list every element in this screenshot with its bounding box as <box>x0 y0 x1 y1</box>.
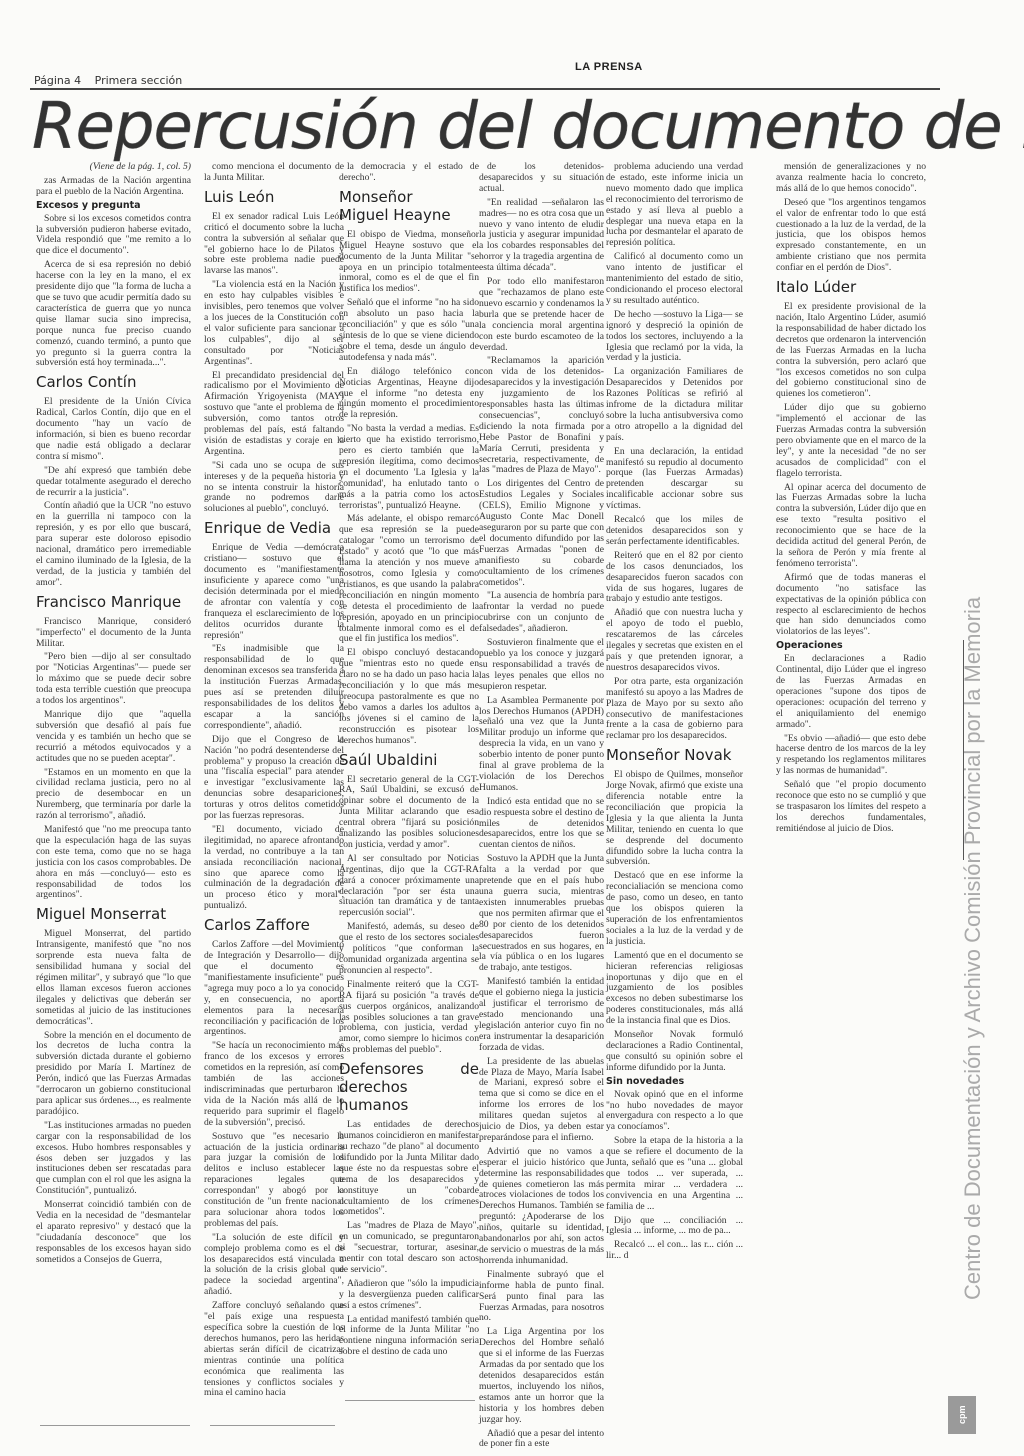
paragraph: "Las instituciones armadas no pueden car… <box>36 1121 191 1197</box>
column-end-rule <box>345 1400 475 1401</box>
paragraph: Manrique dijo que "aquella subversión qu… <box>36 710 191 765</box>
paragraph: Carlos Zaffore —del Movimiento de Integr… <box>204 940 344 1038</box>
paragraph: Miguel Monserrat, del partido Intransige… <box>36 929 191 1027</box>
paragraph: problema aduciendo una verdad de estado,… <box>606 162 743 249</box>
section-heading: Enrique de Vedia <box>204 519 344 537</box>
paragraph: Finalmente reiteró que la CGT-RA fijará … <box>339 980 479 1056</box>
paragraph: Indicó esta entidad que no se dio respue… <box>479 797 604 852</box>
section-heading: Francisco Manrique <box>36 593 191 611</box>
paragraph: Destacó que en ese informe la reconciali… <box>606 871 743 947</box>
paragraph: Recalcó que los miles de detenidos desap… <box>606 515 743 548</box>
paragraph: Sobre la mención en el documento de los … <box>36 1031 191 1118</box>
paragraph: Añadió que a pesar del intento de poner … <box>479 1429 604 1451</box>
paragraph: Contín añadió que la UCR "no estuvo en l… <box>36 501 191 588</box>
paragraph: Los dirigentes del Centro de Estudios Le… <box>479 479 604 588</box>
column-6: mensión de generalizaciones y no avanza … <box>776 162 926 838</box>
page-info: Página 4 Primera sección <box>34 74 192 87</box>
paragraph: Señaló que el informe "no ha sido en abs… <box>339 298 479 363</box>
column-4: de los detenidos-desaparecidos y su situ… <box>479 162 604 1453</box>
paragraph: Dijo que ... conciliación ... Iglesia ..… <box>606 1216 743 1238</box>
paragraph: Monserrat coincidió también con de Vedia… <box>36 1200 191 1265</box>
paragraph: "Si cada uno se ocupa de sus intereses y… <box>204 461 344 516</box>
paragraph: de los detenidos-desaparecidos y su situ… <box>479 162 604 195</box>
paragraph: La Asamblea Permanente por los Derechos … <box>479 696 604 794</box>
paragraph: El presidente de la Unión Cívica Radical… <box>36 397 191 462</box>
column-end-rule <box>40 1425 190 1426</box>
paragraph: Señaló que "el propio documento reconoce… <box>776 780 926 835</box>
paragraph: "Estamos en un momento en que la civilid… <box>36 768 191 823</box>
paragraph: Calificó al documento como un vano inten… <box>606 252 743 307</box>
section-name: Primera sección <box>95 74 183 87</box>
section-heading: Italo Lúder <box>776 278 926 296</box>
paragraph: Al ser consultado por Noticias Argentina… <box>339 854 479 919</box>
paragraph: Monseñor Novak formuló declaraciones a R… <box>606 1030 743 1074</box>
paragraph: Por todo ello manifestaron que "rechazam… <box>479 277 604 353</box>
archive-watermark: Centro de Documentación y Archivo Comisi… <box>960 597 986 1300</box>
section-heading: Carlos Zaffore <box>204 916 344 934</box>
paragraph: Sostuvieron finalmente que el pueblo ya … <box>479 638 604 693</box>
section-heading: Saúl Ubaldini <box>339 751 479 769</box>
paragraph: Deseó que "los argentinos tengamos el va… <box>776 198 926 274</box>
paragraph: Finalmente subrayó que el informe habla … <box>479 1270 604 1325</box>
paragraph: La organización Familiares de Desapareci… <box>606 367 743 443</box>
section-heading: Defensores de derechos humanos <box>339 1060 479 1114</box>
paragraph: "No basta la verdad a medias. Es cierto … <box>339 424 479 511</box>
paragraph: El precandidato presidencial del radical… <box>204 371 344 458</box>
paragraph: Sobre la etapa de la historia a la que s… <box>606 1136 743 1212</box>
paragraph: Al opinar acerca del documento de las Fu… <box>776 483 926 570</box>
paragraph: Manifestó, además, su deseo de que el re… <box>339 922 479 977</box>
subhead: Sin novedades <box>606 1077 743 1088</box>
paragraph: El obispo de Quilmes, monseñor Jorge Nov… <box>606 770 743 868</box>
page-header: Página 4 Primera sección LA PRENSA <box>30 66 940 90</box>
column-3: la democracia y el estado de derecho". M… <box>339 162 479 1361</box>
paragraph: la democracia y el estado de derecho". <box>339 162 479 184</box>
paragraph: En una declaración, la entidad manifestó… <box>606 447 743 512</box>
subhead: Operaciones <box>776 641 926 652</box>
paragraph: Sobre si los excesos cometidos contra la… <box>36 214 191 258</box>
paragraph: Enrique de Vedia —demócrata cristiano— s… <box>204 543 344 641</box>
paragraph: El ex senador radical Luis León criticó … <box>204 212 344 277</box>
paragraph: "El documento, viciado de ilegitimidad, … <box>204 825 344 912</box>
column-1: (Viene de la pág. 1, col. 5) zas Armadas… <box>36 162 191 1269</box>
paragraph: mensión de generalizaciones y no avanza … <box>776 162 926 195</box>
paragraph: En diálogo telefónico con Noticias Argen… <box>339 367 479 422</box>
column-2: como menciona el documento de la Junta M… <box>204 162 344 1402</box>
paragraph: La presidente de las abuelas de Plaza de… <box>479 1057 604 1144</box>
paragraph: "Es inadmisible que la responsabilidad d… <box>204 644 344 731</box>
paragraph: "La ausencia de hombría para afrontar la… <box>479 591 604 635</box>
paragraph: Lúder dijo que su gobierno "implementó e… <box>776 403 926 479</box>
paragraph: "Es obvio —añadió— que esto debe hacerse… <box>776 734 926 778</box>
paragraph: Más adelante, el obispo remarcó que esa … <box>339 514 479 645</box>
paragraph: De hecho —sostuvo la Liga— se ignoró y d… <box>606 310 743 365</box>
paragraph: Afirmó que de todas maneras el documento… <box>776 573 926 638</box>
paragraph: El secretario general de la CGT-RA, Saúl… <box>339 775 479 851</box>
paragraph: Acerca de si esa represión no debió hace… <box>36 260 191 369</box>
subhead: Excesos y pregunta <box>36 201 191 212</box>
paragraph: Manifestó también la entidad que el gobi… <box>479 977 604 1053</box>
paragraph: Lamentó que en el documento se hicieran … <box>606 951 743 1027</box>
cpm-logo-icon: cpm <box>948 1396 976 1434</box>
masthead: LA PRENSA <box>575 61 643 73</box>
paragraph: El obispo concluyó destacando que "mient… <box>339 648 479 746</box>
headline: Repercusión del documento de la Junta <box>32 92 942 162</box>
paragraph: Sostuvo que "es necesario la actuación d… <box>204 1132 344 1230</box>
paragraph: Advirtió que no vamos a esperar el juici… <box>479 1147 604 1267</box>
section-heading: Carlos Contín <box>36 373 191 391</box>
paragraph: "De ahí expresó que también debe quedar … <box>36 466 191 499</box>
paragraph: El ex presidente provisional de la nació… <box>776 302 926 400</box>
paragraph: "La violencia está en la Nación y en est… <box>204 280 344 367</box>
page-number: Página 4 <box>34 74 81 87</box>
paragraph: Sostuvo la APDH que la Junta falta a la … <box>479 854 604 974</box>
paragraph: Las "madres de Plaza de Mayo", en un com… <box>339 1221 479 1276</box>
paragraph: Novak opinó que en el informe "no hubo n… <box>606 1090 743 1134</box>
paragraph: Añadieron que "sólo la impudicia y la de… <box>339 1279 479 1312</box>
paragraph: La entidad manifestó también que el info… <box>339 1315 479 1359</box>
section-heading: Monseñor Novak <box>606 746 743 764</box>
section-heading: Luis León <box>204 188 344 206</box>
paragraph: como menciona el documento de la Junta M… <box>204 162 344 184</box>
paragraph: "La solución de este difícil y complejo … <box>204 1233 344 1298</box>
paragraph: "Pero bien —dijo al ser consultado por "… <box>36 652 191 707</box>
heading-line: Monseñor <box>339 188 413 206</box>
paragraph: El obispo de Viedma, monseñor Miguel Hea… <box>339 230 479 295</box>
paragraph: Manifestó que "no me preocupa tanto que … <box>36 825 191 901</box>
section-heading: MonseñorMiguel Heayne <box>339 188 479 224</box>
continuation-note: (Viene de la pág. 1, col. 5) <box>36 162 191 173</box>
paragraph: Dijo que el Congreso de la Nación "no po… <box>204 735 344 822</box>
paragraph: Zaffore concluyó señalando que "el país … <box>204 1301 344 1399</box>
paragraph: Reiteró que en el 82 por ciento de los c… <box>606 551 743 606</box>
section-heading: Miguel Monserrat <box>36 905 191 923</box>
paragraph: Recalcó ... el con... las r... ción ... … <box>606 1240 743 1262</box>
paragraph: "Se hacía un reconocimiento más franco d… <box>204 1041 344 1128</box>
article-body: (Viene de la pág. 1, col. 5) zas Armadas… <box>36 162 936 1422</box>
paragraph: "Reclamamos la aparición con vida de los… <box>479 356 604 476</box>
column-5: problema aduciendo una verdad de estado,… <box>606 162 743 1265</box>
paragraph: Las entidades de derechos humanos coinci… <box>339 1120 479 1218</box>
paragraph: Por otra parte, esta organización manife… <box>606 677 743 742</box>
paragraph: Añadió que con nuestra lucha y el apoyo … <box>606 608 743 673</box>
paragraph: "En realidad —señalaron las madres— no e… <box>479 198 604 274</box>
heading-line: Miguel Heayne <box>339 206 451 224</box>
paragraph: La Liga Argentina por los Derechos del H… <box>479 1327 604 1425</box>
paragraph: En declaraciones a Radio Continental, di… <box>776 654 926 730</box>
paragraph: zas Armadas de la Nación argentina para … <box>36 176 191 198</box>
column-end-rule <box>210 1425 335 1426</box>
paragraph: Francisco Manrique, consideró "imperfect… <box>36 617 191 650</box>
